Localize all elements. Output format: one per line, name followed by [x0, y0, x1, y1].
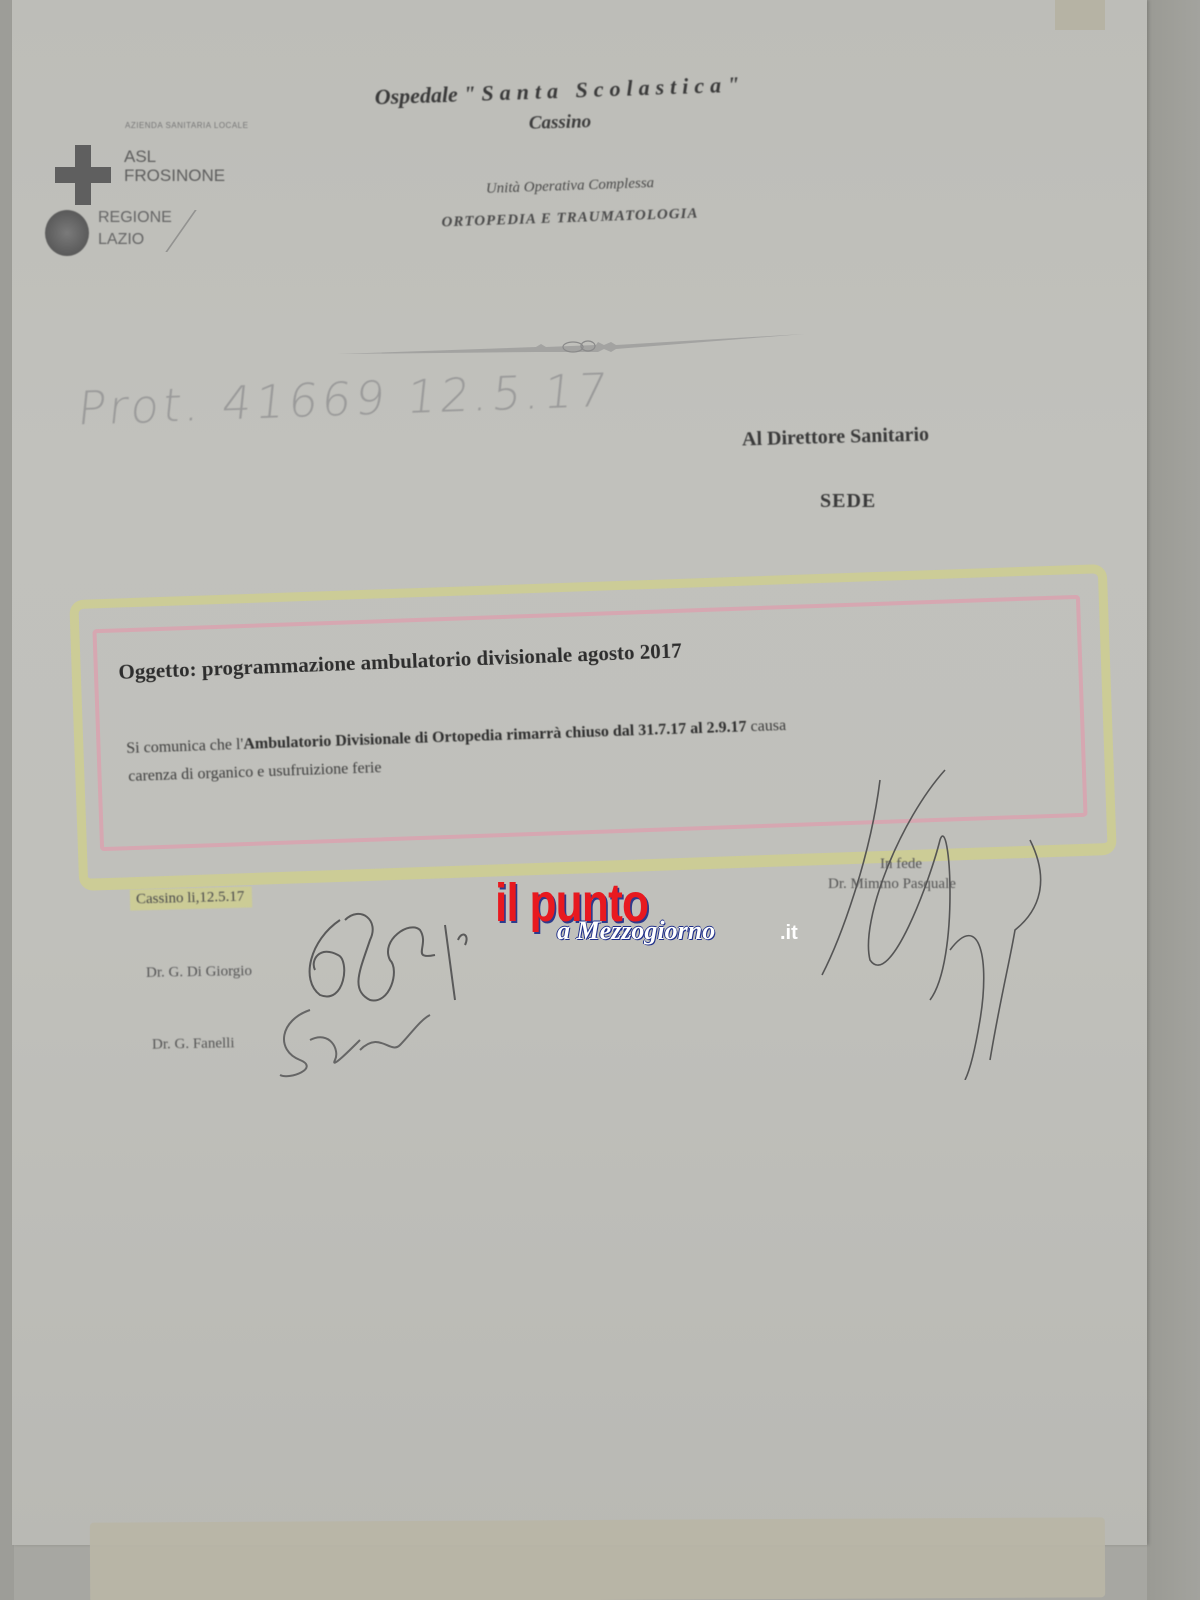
asl-cross-icon: [55, 145, 111, 205]
institution-logos: AZIENDA SANITARIA LOCALE ASL FROSINONE R…: [40, 115, 300, 265]
regione-swoosh-icon: [165, 210, 244, 252]
wall-background-right: [1147, 0, 1200, 1600]
regione-lazio-emblem-icon: [45, 210, 89, 256]
decorative-divider-icon: [336, 330, 806, 360]
signer-di-giorgio: Dr. G. Di Giorgio: [146, 963, 252, 982]
signer-fanelli: Dr. G. Fanelli: [152, 1035, 235, 1053]
closing-signer-name: Dr. Mimmo Pasquale: [828, 876, 956, 893]
logo-caption: AZIENDA SANITARIA LOCALE: [125, 121, 248, 130]
site-watermark-logo: il punto a Mezzogiorno .it: [495, 886, 815, 956]
regione-logo-text: REGIONE LAZIO: [98, 207, 172, 251]
adhesive-tape-bottom: [90, 1517, 1105, 1600]
adhesive-tape-top: [1055, 0, 1105, 30]
watermark-tld: .it: [780, 922, 798, 945]
closing-label: In fede: [880, 856, 922, 873]
recipient-line: Al Direttore Sanitario: [742, 424, 930, 452]
recipient-sede: SEDE: [820, 490, 876, 513]
place-date: Cassino li,12.5.17: [130, 886, 253, 910]
asl-logo-text: ASL FROSINONE: [124, 147, 225, 185]
watermark-sub-text: a Mezzogiorno: [557, 916, 715, 946]
